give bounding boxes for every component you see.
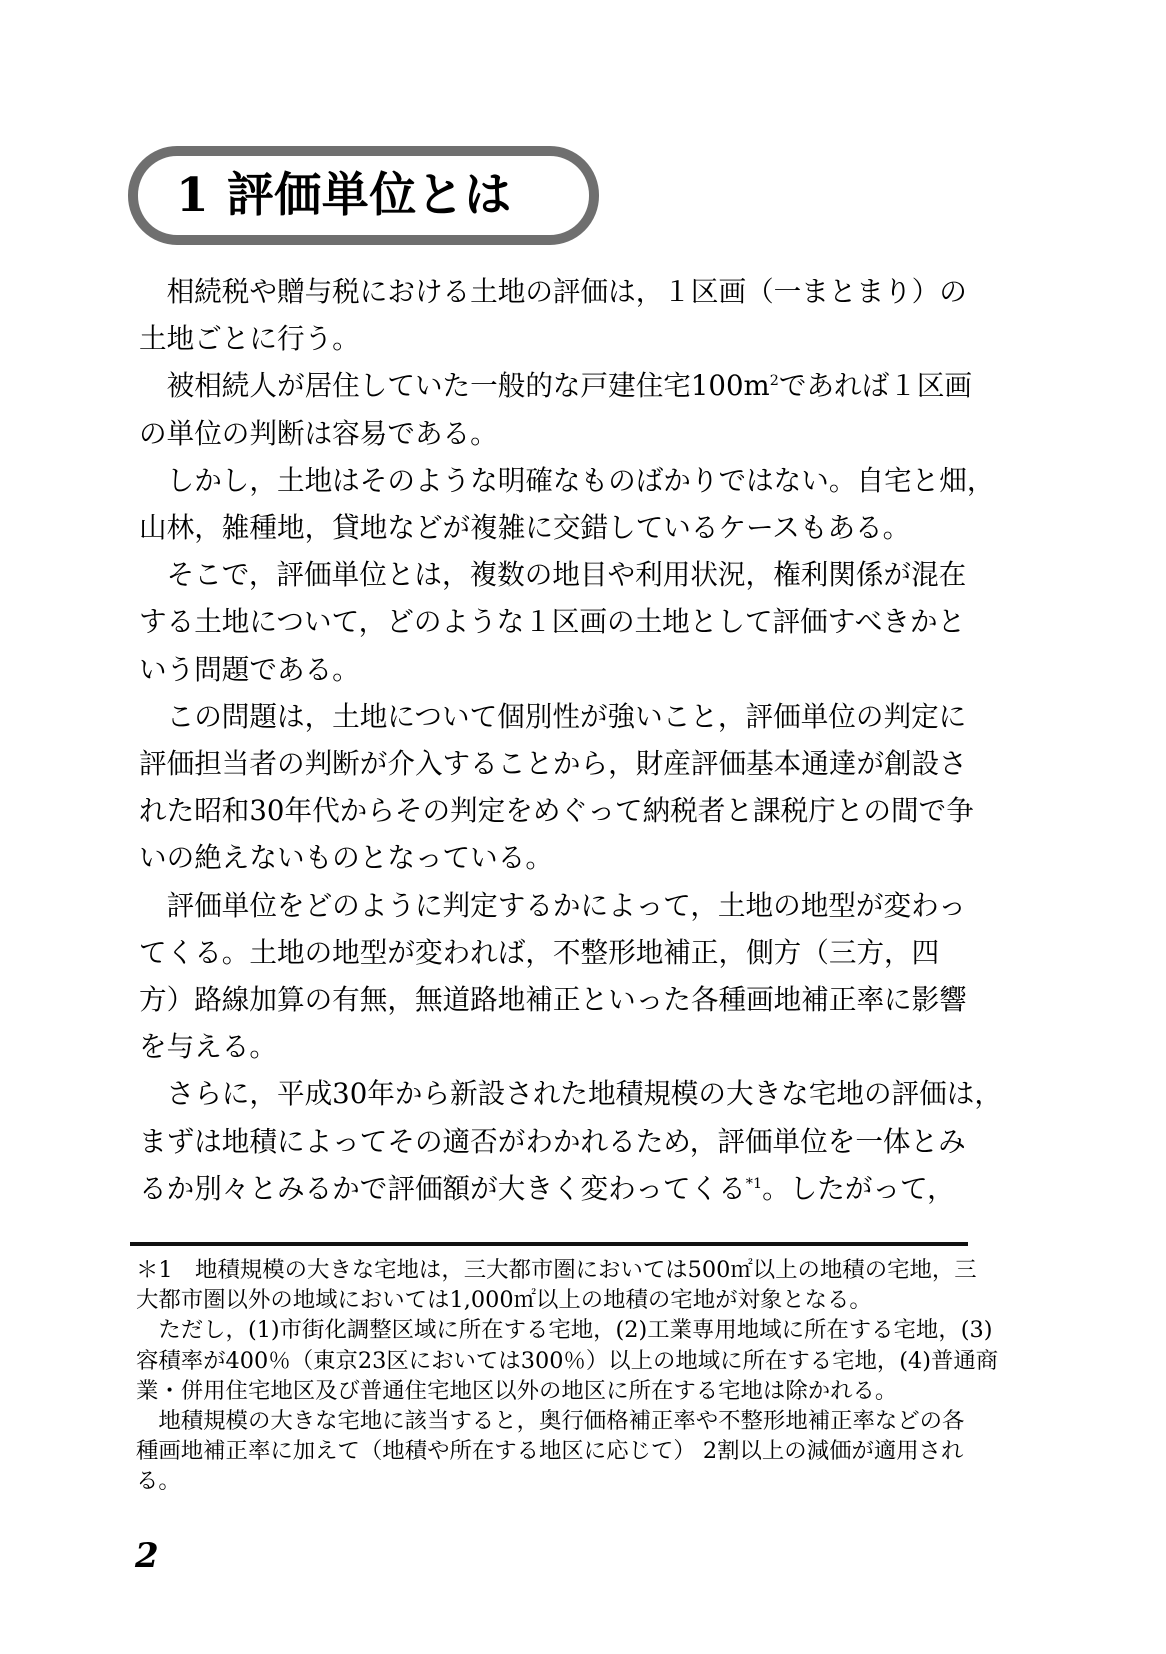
text-segment: 土地ごとに行う。 [139, 322, 360, 355]
footnote-divider [130, 1242, 968, 1246]
superscript-note-ref: 2 [770, 373, 779, 389]
text-segment: の単位の判断は容易である。 [139, 417, 498, 450]
text-segment: 大都市圏以外の地域においては1,000㎡以上の地積の宅地が対象となる。 [136, 1287, 872, 1313]
section-heading-box: 1 評価単位とは [128, 146, 599, 245]
text-segment: ただし，(1)市街化調整区域に所在する宅地，(2)工業専用地域に所在する宅地，(… [136, 1317, 992, 1343]
superscript-note-ref: *1 [746, 1176, 762, 1192]
footnote-line: 容積率が400％（東京23区においては300％）以上の地域に所在する宅地，(4)… [136, 1346, 1036, 1376]
section-title: 評価単位とは [227, 172, 512, 219]
section-number: 1 [176, 172, 209, 219]
footnote-line: 業・併用住宅地区及び普通住宅地区以外の地区に所在する宅地は除かれる。 [136, 1376, 1036, 1406]
text-segment: る。 [136, 1468, 181, 1494]
text-segment: しかし，土地はそのような明確なものばかりではない。自宅と畑， [139, 464, 994, 497]
body-text-line: 評価単位をどのように判定するかによって，土地の地型が変わっ [139, 882, 1039, 929]
body-text-line: この問題は，土地について個別性が強いこと，評価単位の判定に [139, 693, 1039, 740]
footnote-line: 大都市圏以外の地域においては1,000㎡以上の地積の宅地が対象となる。 [136, 1285, 1036, 1315]
body-text-line: しかし，土地はそのような明確なものばかりではない。自宅と畑， [139, 457, 1039, 504]
body-text-line: 相続税や贈与税における土地の評価は，１区画（一まとまり）の [139, 268, 1039, 315]
body-text-line: れた昭和30年代からその判定をめぐって納税者と課税庁との間で争 [139, 787, 1039, 834]
text-segment: そこで，評価単位とは，複数の地目や利用状況，権利関係が混在 [139, 558, 966, 591]
page-number: 2 [135, 1536, 159, 1576]
body-text-line: する土地について，どのような１区画の土地として評価すべきかと [139, 598, 1039, 645]
footnote-block: ＊1 地積規模の大きな宅地は，三大都市圏においては500㎡以上の地積の宅地，三大… [136, 1255, 1036, 1497]
text-segment: れた昭和30年代からその判定をめぐって納税者と課税庁との間で争 [139, 794, 974, 827]
text-segment: いう問題である。 [139, 653, 360, 686]
footnote-line: 種画地補正率に加えて（地積や所在する地区に応じて） 2割以上の減価が適用され [136, 1436, 1036, 1466]
body-text-line: まずは地積によってその適否がわかれるため，評価単位を一体とみ [139, 1118, 1039, 1165]
body-text-line: るか別々とみるかで評価額が大きく変わってくる*1。したがって， [139, 1165, 1039, 1212]
body-text-block: 相続税や贈与税における土地の評価は，１区画（一まとまり）の土地ごとに行う。 被相… [139, 268, 1039, 1212]
body-text-line: を与える。 [139, 1023, 1039, 1070]
text-segment: 評価単位をどのように判定するかによって，土地の地型が変わっ [139, 889, 966, 922]
text-segment: いの絶えないものとなっている。 [139, 841, 553, 874]
text-segment: する土地について，どのような１区画の土地として評価すべきかと [139, 605, 965, 638]
text-segment: 地積規模の大きな宅地に該当すると，奥行価格補正率や不整形地補正率などの各 [136, 1408, 964, 1434]
body-text-line: 被相続人が居住していた一般的な戸建住宅100m2であれば１区画 [139, 362, 1039, 409]
text-segment: この問題は，土地について個別性が強いこと，評価単位の判定に [139, 700, 966, 733]
footnote-line: 地積規模の大きな宅地に該当すると，奥行価格補正率や不整形地補正率などの各 [136, 1406, 1036, 1436]
text-segment: 被相続人が居住していた一般的な戸建住宅100m [139, 369, 770, 402]
text-segment: 評価担当者の判断が介入することから，財産評価基本通達が創設さ [139, 747, 967, 780]
body-text-line: 土地ごとに行う。 [139, 315, 1039, 362]
footnote-line: ＊1 地積規模の大きな宅地は，三大都市圏においては500㎡以上の地積の宅地，三 [136, 1255, 1036, 1285]
footnote-line: ただし，(1)市街化調整区域に所在する宅地，(2)工業専用地域に所在する宅地，(… [136, 1315, 1036, 1345]
text-segment: 種画地補正率に加えて（地積や所在する地区に応じて） 2割以上の減価が適用され [136, 1438, 963, 1464]
body-text-line: そこで，評価単位とは，複数の地目や利用状況，権利関係が混在 [139, 551, 1039, 598]
text-segment: 業・併用住宅地区及び普通住宅地区以外の地区に所在する宅地は除かれる。 [136, 1378, 897, 1404]
text-segment: 方）路線加算の有無，無道路地補正といった各種画地補正率に影響 [139, 983, 967, 1016]
text-segment: さらに，平成30年から新設された地積規模の大きな宅地の評価は， [139, 1077, 1002, 1110]
book-page: 1 評価単位とは 相続税や贈与税における土地の評価は，１区画（一まとまり）の土地… [0, 0, 1166, 1654]
footnote-line: る。 [136, 1466, 1036, 1496]
body-text-line: 評価担当者の判断が介入することから，財産評価基本通達が創設さ [139, 740, 1039, 787]
body-text-line: の単位の判断は容易である。 [139, 410, 1039, 457]
text-segment: 。したがって， [762, 1172, 955, 1205]
body-text-line: いの絶えないものとなっている。 [139, 834, 1039, 881]
text-segment: てくる。土地の地型が変われば，不整形地補正，側方（三方，四 [139, 936, 939, 969]
text-segment: 相続税や贈与税における土地の評価は，１区画（一まとまり）の [139, 275, 967, 308]
body-text-line: いう問題である。 [139, 646, 1039, 693]
text-segment: ＊1 地積規模の大きな宅地は，三大都市圏においては500㎡以上の地積の宅地，三 [136, 1257, 977, 1283]
text-segment: を与える。 [139, 1030, 277, 1063]
text-segment: まずは地積によってその適否がわかれるため，評価単位を一体とみ [139, 1125, 966, 1158]
text-segment: 容積率が400％（東京23区においては300％）以上の地域に所在する宅地，(4)… [136, 1348, 998, 1374]
text-segment: るか別々とみるかで評価額が大きく変わってくる [139, 1172, 746, 1205]
text-segment: であれば１区画 [779, 369, 972, 402]
body-text-line: 山林，雑種地，貸地などが複雑に交錯しているケースもある。 [139, 504, 1039, 551]
body-text-line: さらに，平成30年から新設された地積規模の大きな宅地の評価は， [139, 1070, 1039, 1117]
body-text-line: 方）路線加算の有無，無道路地補正といった各種画地補正率に影響 [139, 976, 1039, 1023]
text-segment: 山林，雑種地，貸地などが複雑に交錯しているケースもある。 [139, 511, 910, 544]
body-text-line: てくる。土地の地型が変われば，不整形地補正，側方（三方，四 [139, 929, 1039, 976]
